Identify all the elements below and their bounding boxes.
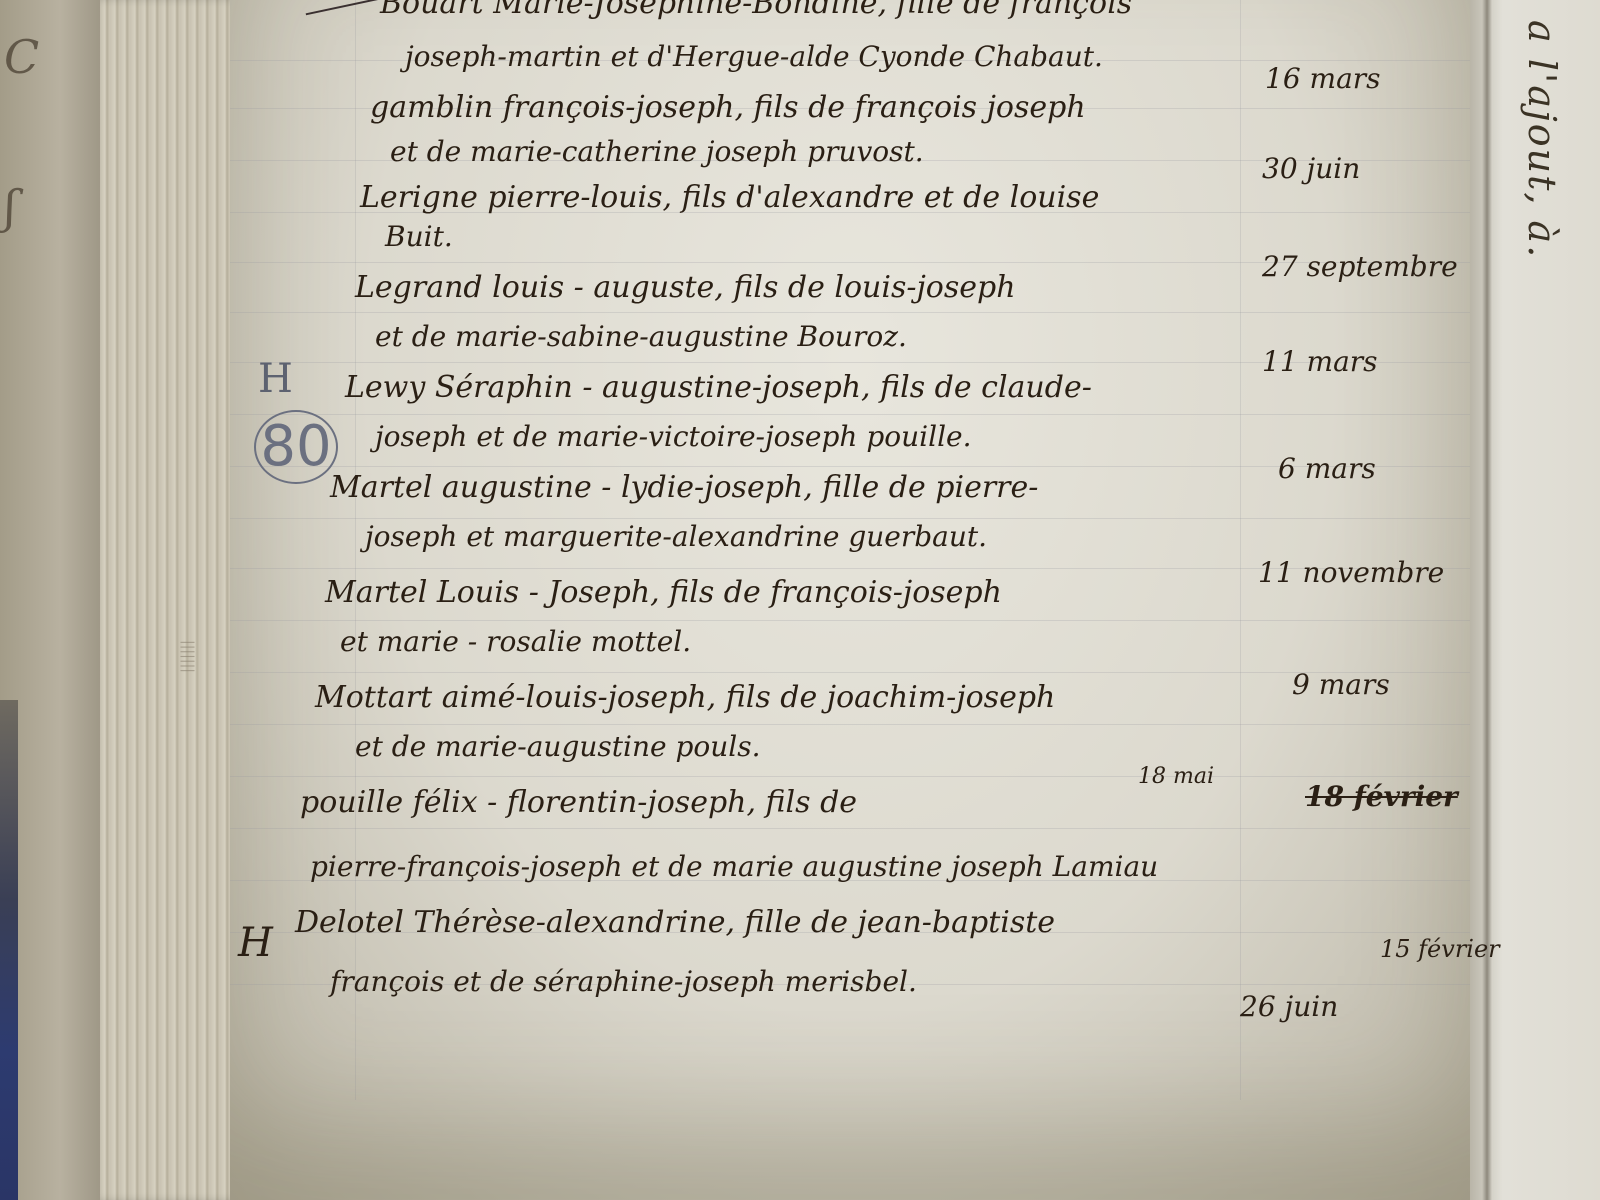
entry-continuation-line: joseph et marguerite-alexandrine guerbau… (365, 520, 987, 553)
left-page-text-fragment: ʃ (4, 180, 17, 234)
entry-date: 11 mars (1262, 345, 1378, 378)
entry-continuation-line: Buit. (385, 220, 453, 253)
entry-continuation-line: et de marie-augustine pouls. (355, 730, 761, 763)
entry-name-line: Delotel Thérèse-alexandrine, fille de je… (295, 905, 1055, 940)
left-page-text-fragment: C (4, 30, 39, 84)
entry-name-line: pouille félix - florentin-joseph, fils d… (300, 785, 857, 820)
page-crease (1482, 0, 1492, 1200)
entry-continuation-line: joseph et de marie-victoire-joseph pouil… (375, 420, 972, 453)
entry-date: 27 septembre (1262, 250, 1458, 283)
right-margin-note: a l'ajout, à. (1520, 20, 1564, 259)
entry-continuation-line: pierre-françois-joseph et de marie augus… (310, 850, 1158, 883)
entry-name-line: Legrand louis - auguste, fils de louis-j… (355, 270, 1016, 305)
date-column-rule (1240, 0, 1241, 1100)
entry-date: 16 mars (1265, 62, 1381, 95)
entry-date: 6 mars (1278, 452, 1376, 485)
margin-mark-80: 80 (254, 410, 338, 484)
entry-date: 26 juin (1240, 990, 1338, 1023)
entry-date-struck: 15 février (1380, 935, 1500, 963)
entry-name-line: gamblin françois-joseph, fils de françoi… (370, 90, 1086, 125)
entry-name-line: Lewy Séraphin - augustine-joseph, fils d… (345, 370, 1092, 405)
entry-continuation-line: et de marie-catherine joseph pruvost. (390, 135, 924, 168)
entry-date: 11 novembre (1258, 556, 1444, 589)
entry-continuation-line: et marie - rosalie mottel. (340, 625, 691, 658)
entry-continuation-line: françois et de séraphine-joseph merisbel… (330, 965, 917, 998)
background-strip (0, 700, 18, 1200)
entry-continuation-line: joseph-martin et d'Hergue-alde Cyonde Ch… (405, 40, 1103, 73)
entry-date-struck: 18 février (1305, 780, 1458, 813)
entry-name-line: Mottart aimé-louis-joseph, fils de joach… (315, 680, 1055, 715)
book-page-edges: ||||||| (100, 0, 250, 1200)
entry-date: 9 mars (1292, 668, 1390, 701)
entry-name-line: Lerigne pierre-louis, fils d'alexandre e… (360, 180, 1099, 215)
entry-date: 30 juin (1262, 152, 1360, 185)
margin-mark-h: H (238, 920, 273, 966)
entry-continuation-line: et de marie-sabine-augustine Bouroz. (375, 320, 907, 353)
entry-name-line: Martel augustine - lydie-joseph, fille d… (330, 470, 1038, 505)
adjacent-right-page: a l'ajout, à. (1470, 0, 1600, 1200)
entry-date: 18 mai (1138, 764, 1214, 789)
pencil-tally-marks: ||||||| (180, 640, 196, 673)
entry-name-line: Bouart Marie-Joséphine-Bondine, fille de… (380, 0, 1132, 21)
entry-name-line: Martel Louis - Joseph, fils de françois-… (325, 575, 1002, 610)
margin-mark-h: H (258, 356, 293, 402)
